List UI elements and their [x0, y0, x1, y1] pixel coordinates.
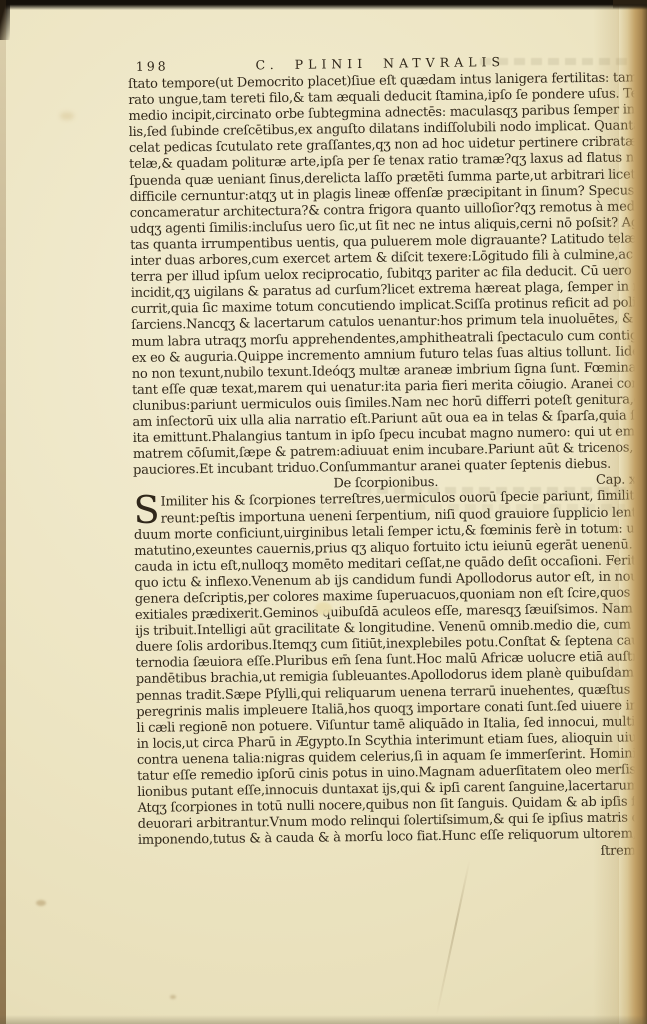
chapter-title: De ſcorpionibus.: [333, 475, 438, 491]
book-spine-edge: [0, 0, 6, 1024]
body-paragraph-scorpions: S Imiliter his & ſcorpiones terreſtres,u…: [133, 487, 647, 850]
page-number: 198: [136, 56, 169, 76]
paper-stain: [170, 995, 176, 999]
book-page-photo: 198 C. PLINII NATVRALIS ſtato tempore(ut…: [0, 0, 647, 1024]
photo-top-edge: [0, 0, 647, 10]
paper-stain: [36, 900, 46, 906]
body-paragraph-spiders: ſtato tempore(ut Democrito placet)ſiue e…: [128, 69, 647, 480]
ink-blot-stain: [315, 602, 332, 615]
paper-crease: [435, 860, 470, 1017]
page-text-block: 198 C. PLINII NATVRALIS ſtato tempore(ut…: [0, 0, 647, 867]
drop-cap-initial: S: [133, 495, 158, 525]
scorpion-paragraph-lines: Imiliter his & ſcorpiones terreſtres,uer…: [133, 487, 647, 850]
page-curl-shadow: [593, 0, 619, 1024]
photo-top-right-corner: [613, 0, 647, 9]
page-curl-right-edge: [617, 0, 647, 1024]
photo-bottom-edge: [0, 1015, 647, 1024]
